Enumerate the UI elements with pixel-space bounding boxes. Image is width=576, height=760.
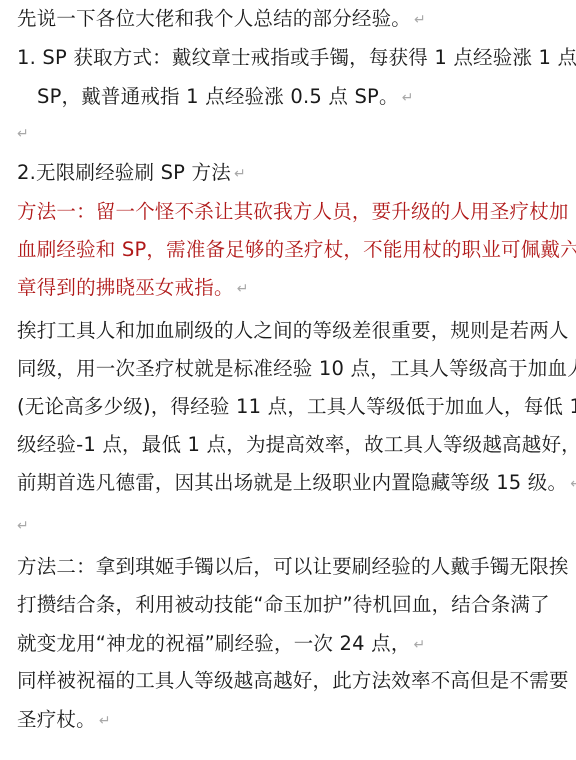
line-text: 同级，用一次圣疗杖就是标准经验 10 点，工具人等级高于加血人 [17, 357, 576, 380]
empty-line: ↵ [17, 512, 29, 539]
line-text: 同样被祝福的工具人等级越高越好，此方法效率不高但是不需要 [17, 669, 569, 692]
paragraph-mark-icon: ↵ [402, 90, 414, 106]
method-2-line-4: 同样被祝福的工具人等级越高越好，此方法效率不高但是不需要 [17, 668, 569, 694]
method-2-line-2: 打攒结合条，利用被动技能“命玉加护”待机回血，结合条满了 [17, 592, 550, 618]
line-text: 先说一下各位大佬和我个人总结的部分经验。 [17, 7, 411, 30]
line-text: 前期首选凡德雷，因其出场就是上级职业内置隐藏等级 15 级。 [17, 471, 567, 494]
line-text: 级经验-1 点，最低 1 点，为提高效率，故工具人等级越高越好， [17, 433, 576, 456]
item-1-line-1: 1. SP 获取方式：戴纹章士戒指或手镯，每获得 1 点经验涨 1 点 [17, 45, 576, 71]
rule-line-3: (无论高多少级)，得经验 11 点，工具人等级低于加血人，每低 1 [17, 394, 576, 420]
rule-line-1: 挨打工具人和加血刷级的人之间的等级差很重要，规则是若两人 [17, 318, 569, 344]
document-page: 先说一下各位大佬和我个人总结的部分经验。↵ 1. SP 获取方式：戴纹章士戒指或… [0, 0, 576, 760]
method-1-line-1: 方法一：留一个怪不杀让其砍我方人员，要升级的人用圣疗杖加 [17, 199, 569, 225]
empty-line: ↵ [17, 120, 29, 147]
line-text: 圣疗杖。 [17, 708, 96, 731]
method-1-line-3: 章得到的拂晓巫女戒指。↵ [17, 275, 249, 302]
line-text: 就变龙用“神龙的祝福”刷经验，一次 24 点， [17, 632, 411, 655]
line-text: 1. SP 获取方式：戴纹章士戒指或手镯，每获得 1 点经验涨 1 点 [17, 46, 576, 69]
line-text: (无论高多少级)，得经验 11 点，工具人等级低于加血人，每低 1 [17, 395, 576, 418]
paragraph-mark-icon: ↵ [414, 637, 426, 653]
section-2-heading: 2.无限刷经验刷 SP 方法↵ [17, 160, 246, 187]
line-text: 打攒结合条，利用被动技能“命玉加护”待机回血，结合条满了 [17, 593, 550, 616]
line-text: SP，戴普通戒指 1 点经验涨 0.5 点 SP。 [37, 85, 399, 108]
paragraph-mark-icon: ↵ [234, 166, 246, 182]
line-text: 方法一：留一个怪不杀让其砍我方人员，要升级的人用圣疗杖加 [17, 200, 569, 223]
rule-line-2: 同级，用一次圣疗杖就是标准经验 10 点，工具人等级高于加血人 [17, 356, 576, 382]
item-1-line-2: SP，戴普通戒指 1 点经验涨 0.5 点 SP。↵ [37, 84, 414, 111]
paragraph-mark-icon: ↵ [17, 126, 29, 142]
rule-line-4: 级经验-1 点，最低 1 点，为提高效率，故工具人等级越高越好， [17, 432, 576, 458]
line-text: 挨打工具人和加血刷级的人之间的等级差很重要，规则是若两人 [17, 319, 569, 342]
rule-line-5: 前期首选凡德雷，因其出场就是上级职业内置隐藏等级 15 级。↵ [17, 470, 576, 497]
intro-line: 先说一下各位大佬和我个人总结的部分经验。↵ [17, 6, 426, 33]
method-2-line-5: 圣疗杖。↵ [17, 707, 111, 734]
line-text: 血刷经验和 SP，需准备足够的圣疗杖，不能用杖的职业可佩戴六 [17, 238, 576, 261]
line-text: 章得到的拂晓巫女戒指。 [17, 276, 234, 299]
paragraph-mark-icon: ↵ [414, 12, 426, 28]
paragraph-mark-icon: ↵ [570, 476, 576, 492]
paragraph-mark-icon: ↵ [17, 518, 29, 534]
line-text: 方法二：拿到琪姬手镯以后，可以让要刷经验的人戴手镯无限挨 [17, 555, 569, 578]
heading-text: 2.无限刷经验刷 SP 方法 [17, 161, 231, 184]
method-1-line-2: 血刷经验和 SP，需准备足够的圣疗杖，不能用杖的职业可佩戴六 [17, 237, 576, 263]
method-2-line-1: 方法二：拿到琪姬手镯以后，可以让要刷经验的人戴手镯无限挨 [17, 554, 569, 580]
paragraph-mark-icon: ↵ [99, 713, 111, 729]
method-2-line-3: 就变龙用“神龙的祝福”刷经验，一次 24 点，↵ [17, 631, 425, 658]
paragraph-mark-icon: ↵ [237, 281, 249, 297]
